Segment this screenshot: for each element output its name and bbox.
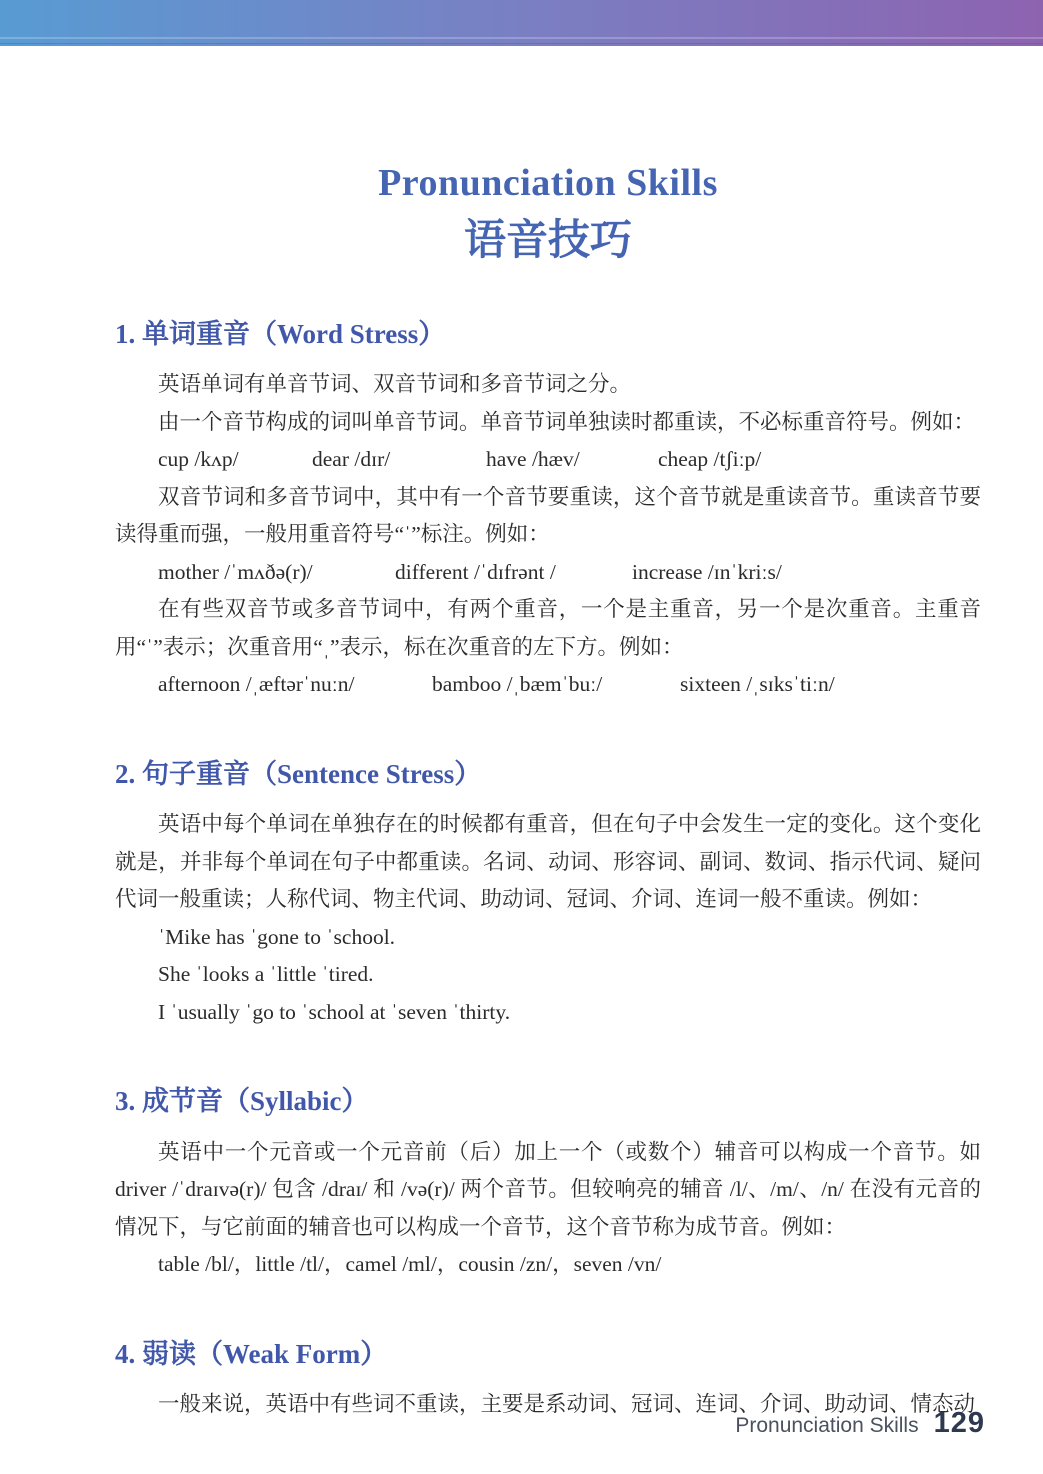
phonetic-example: mother /ˈmʌðə(r)/ — [158, 554, 395, 592]
section-word-stress: 1. 单词重音（Word Stress） 英语单词有单音节词、双音节词和多音节词… — [115, 318, 981, 704]
phonetic-example: cheap /tʃiːp/ — [658, 441, 761, 479]
footer-page-number: 129 — [934, 1407, 985, 1440]
paragraph: 由一个音节构成的词叫单音节词。单音节词单独读时都重读，不必标重音符号。例如： — [115, 404, 981, 442]
phonetic-example: have /hæv/ — [486, 441, 658, 479]
section-syllabic: 3. 成节音（Syllabic） 英语中一个元音或一个元音前（后）加上一个（或数… — [115, 1085, 981, 1283]
phonetic-example-row: mother /ˈmʌðə(r)/ different /ˈdɪfrənt / … — [115, 554, 981, 592]
page-content: Pronunciation Skills 语音技巧 1. 单词重音（Word S… — [0, 162, 1043, 1423]
paragraph: 双音节词和多音节词中，其中有一个音节要重读，这个音节就是重读音节。重读音节要读得… — [115, 479, 981, 554]
phonetic-example: afternoon /ˌæftərˈnuːn/ — [158, 666, 432, 704]
paragraph: 在有些双音节或多音节词中，有两个重音，一个是主重音，另一个是次重音。主重音用“ˈ… — [115, 591, 981, 666]
phonetic-example-row: cup /kʌp/ dear /dɪr/ have /hæv/ cheap /t… — [115, 441, 981, 479]
page-title-chinese: 语音技巧 — [115, 218, 981, 264]
section-heading-syllabic: 3. 成节音（Syllabic） — [115, 1085, 981, 1117]
phonetic-example: dear /dɪr/ — [312, 441, 486, 479]
phonetic-example-row: afternoon /ˌæftərˈnuːn/ bamboo /ˌbæmˈbuː… — [115, 666, 981, 704]
section-heading-sentence-stress: 2. 句子重音（Sentence Stress） — [115, 758, 981, 790]
bar-highlight-line — [0, 37, 1043, 39]
phonetic-example: bamboo /ˌbæmˈbuː/ — [432, 666, 680, 704]
bar-shadow-line — [0, 43, 1043, 44]
phonetic-example: cup /kʌp/ — [158, 441, 312, 479]
example-sentence: I ˈusually ˈgo to ˈschool at ˈseven ˈthi… — [115, 994, 981, 1032]
phonetic-example: different /ˈdɪfrənt / — [395, 554, 632, 592]
paragraph: 英语中一个元音或一个元音前（后）加上一个（或数个）辅音可以构成一个音节。如 dr… — [115, 1134, 981, 1247]
page-title-english: Pronunciation Skills — [115, 162, 981, 206]
example-sentence: She ˈlooks a ˈlittle ˈtired. — [115, 956, 981, 994]
phonetic-example: increase /ɪnˈkriːs/ — [632, 554, 782, 592]
section-sentence-stress: 2. 句子重音（Sentence Stress） 英语中每个单词在单独存在的时候… — [115, 758, 981, 1031]
section-heading-word-stress: 1. 单词重音（Word Stress） — [115, 318, 981, 350]
paragraph: 英语单词有单音节词、双音节词和多音节词之分。 — [115, 366, 981, 404]
phonetic-example: sixteen /ˌsɪksˈtiːn/ — [680, 666, 835, 704]
phonetic-example-line: table /bl/，little /tl/，camel /ml/，cousin… — [115, 1246, 981, 1284]
page-footer: Pronunciation Skills 129 — [735, 1407, 985, 1440]
example-sentence: ˈMike has ˈgone to ˈschool. — [115, 919, 981, 957]
section-heading-weak-form: 4. 弱读（Weak Form） — [115, 1338, 981, 1370]
paragraph: 英语中每个单词在单独存在的时候都有重音，但在句子中会发生一定的变化。这个变化就是… — [115, 806, 981, 919]
footer-chapter-label: Pronunciation Skills — [735, 1414, 918, 1438]
top-gradient-bar — [0, 0, 1043, 46]
